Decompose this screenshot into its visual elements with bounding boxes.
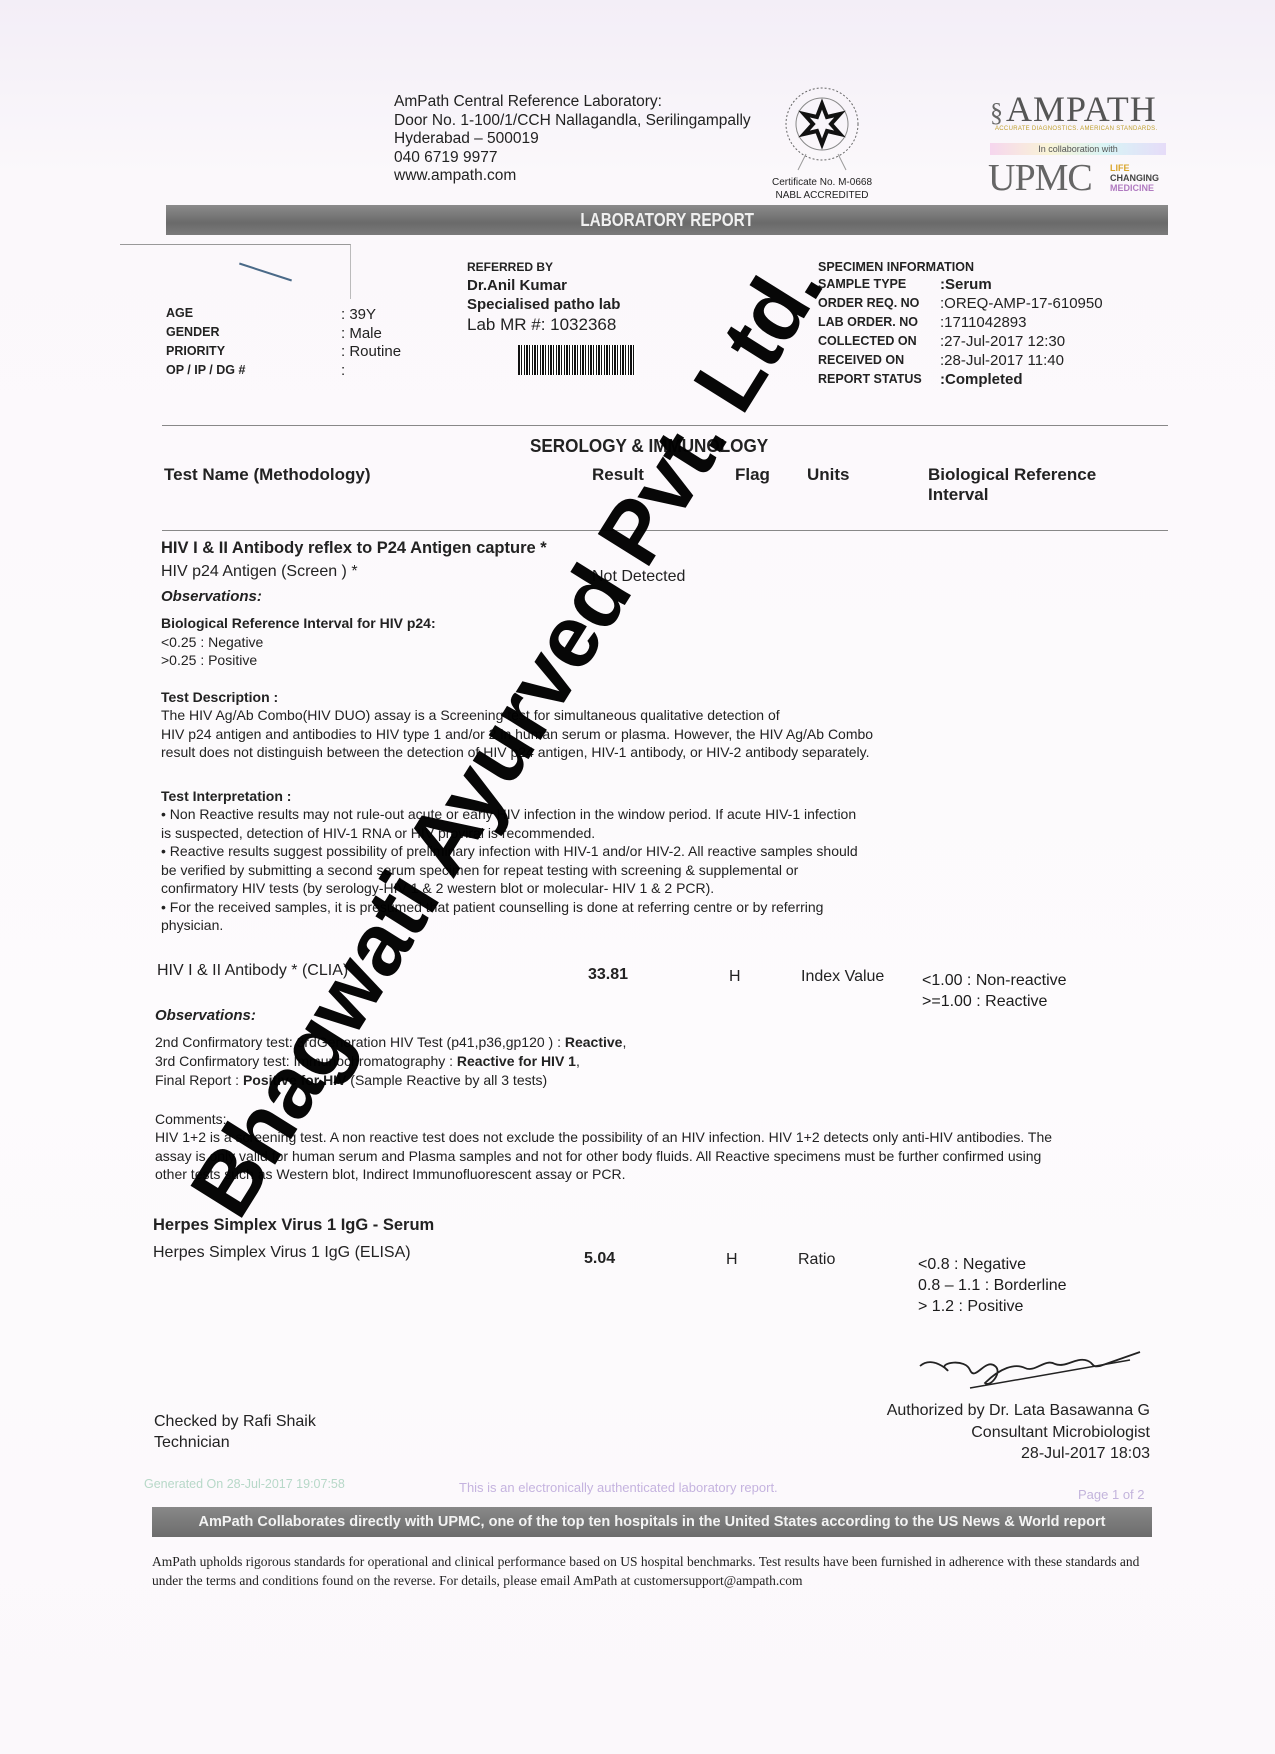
specimen-label: COLLECTED ON — [818, 332, 940, 351]
report-status-value: :Completed — [940, 370, 1103, 389]
reference-item: <0.8 : Negative — [918, 1254, 1067, 1275]
test-description-title: Test Description : — [161, 688, 278, 706]
specimen-value: :OREQ-AMP-17-610950 — [940, 294, 1103, 313]
specimen-info: SPECIMEN INFORMATION SAMPLE TYPE:Serum O… — [818, 260, 1103, 389]
age-label: AGE — [166, 304, 245, 323]
age-value: : 39Y — [341, 306, 401, 325]
specimen-heading: SPECIMEN INFORMATION — [818, 260, 1103, 274]
lab-website: www.ampath.com — [394, 167, 751, 186]
confirmatory-outcome: Reactive — [565, 1034, 623, 1050]
referral-info: REFERRED BY Dr.Anil Kumar Specialised pa… — [467, 260, 620, 335]
specimen-value: :1711042893 — [940, 313, 1103, 332]
specimen-row: SAMPLE TYPE:Serum — [818, 275, 1103, 294]
interpretation-line: confirmatory HIV tests (by serology-HIV … — [161, 879, 858, 898]
final-report-line: Final Report : Positive for HIV (Sample … — [155, 1071, 626, 1090]
patient-field-values: : 39Y : Male : Routine : — [341, 306, 401, 380]
referring-lab: Specialised patho lab — [467, 296, 620, 313]
checked-by: Checked by Rafi Shaik Technician — [154, 1411, 316, 1453]
hiv-antibody-flag: H — [729, 968, 741, 986]
footer-disclaimer: AmPath upholds rigorous standards for op… — [152, 1552, 1162, 1590]
reference-item: 0.8 – 1.1 : Borderline — [918, 1275, 1067, 1296]
nabl-certificate: Certificate No. M-0668 NABL ACCREDITED — [762, 176, 882, 202]
confirmatory-outcome: Reactive for HIV 1 — [457, 1053, 576, 1069]
interpretation-line: • Reactive results suggest possibility o… — [161, 842, 858, 861]
specimen-value: :28-Jul-2017 11:40 — [940, 351, 1103, 370]
observations-label: Observations: — [155, 1007, 256, 1024]
authorized-by: Authorized by Dr. Lata Basawanna G Consu… — [820, 1400, 1150, 1465]
certificate-number: Certificate No. M-0668 — [762, 176, 882, 189]
confirmatory-results: 2nd Confirmatory test: 3rdGeneration HIV… — [155, 1033, 626, 1090]
specimen-row: REPORT STATUS:Completed — [818, 370, 1103, 389]
specimen-value: :27-Jul-2017 12:30 — [940, 332, 1103, 351]
interpretation-line: • For the received samples, it is presum… — [161, 898, 858, 917]
dna-icon: § — [990, 98, 1004, 127]
page-number: Page 1 of 2 — [1078, 1487, 1145, 1502]
checked-by-name: Checked by Rafi Shaik — [154, 1411, 316, 1432]
address-line: AmPath Central Reference Laboratory: — [394, 93, 751, 112]
specimen-label: REPORT STATUS — [818, 370, 940, 389]
confirmatory-line: 2nd Confirmatory test: 3rdGeneration HIV… — [155, 1033, 626, 1052]
upmc-tagline-line: LIFE — [1110, 163, 1159, 173]
ampath-tagline: ACCURATE DIAGNOSTICS. AMERICAN STANDARDS… — [995, 126, 1157, 132]
specimen-row: COLLECTED ON:27-Jul-2017 12:30 — [818, 332, 1103, 351]
upmc-logo: UPMC — [988, 156, 1092, 200]
specimen-label: RECEIVED ON — [818, 351, 940, 370]
hsv-flag: H — [726, 1251, 738, 1269]
lab-mr-number: Lab MR #: 1032368 — [467, 315, 620, 335]
priority-value: : Routine — [341, 343, 401, 362]
hsv-panel-title: Herpes Simplex Virus 1 IgG - Serum — [153, 1216, 434, 1235]
gender-value: : Male — [341, 325, 401, 344]
priority-label: PRIORITY — [166, 342, 245, 361]
ampath-logo-text: AMPATH — [1006, 89, 1157, 129]
report-title: LABORATORY REPORT — [580, 205, 754, 235]
authorized-by-role: Consultant Microbiologist — [820, 1422, 1150, 1444]
confirmatory-line: 3rd Confirmatory test: Immunochromatogra… — [155, 1052, 626, 1071]
hsv-test-name: Herpes Simplex Virus 1 IgG (ELISA) — [153, 1244, 411, 1262]
authorized-by-name: Authorized by Dr. Lata Basawanna G — [820, 1400, 1150, 1422]
column-header-flag: Flag — [735, 465, 770, 485]
hsv-units: Ratio — [798, 1251, 835, 1269]
upmc-tagline-line: CHANGING — [1110, 173, 1159, 183]
p24-reference-item: <0.25 : Negative — [161, 633, 263, 651]
address-line: Hyderabad – 500019 — [394, 130, 751, 149]
collaboration-label: In collaboration with — [990, 143, 1166, 155]
patient-field-labels: AGE GENDER PRIORITY OP / IP / DG # — [166, 304, 245, 380]
signature-icon — [915, 1338, 1145, 1393]
generated-timestamp: Generated On 28-Jul-2017 19:07:58 — [144, 1477, 345, 1491]
hiv-antibody-reference: <1.00 : Non-reactive >=1.00 : Reactive — [922, 970, 1067, 1012]
column-header-test: Test Name (Methodology) — [164, 465, 371, 485]
reference-item: > 1.2 : Positive — [918, 1296, 1067, 1317]
op-ip-dg-label: OP / IP / DG # — [166, 361, 245, 380]
reference-item: >=1.00 : Reactive — [922, 991, 1067, 1012]
column-header-reference: Biological Reference Interval — [928, 465, 1118, 505]
checked-by-role: Technician — [154, 1432, 316, 1453]
accreditation-label: NABL ACCREDITED — [762, 189, 882, 202]
interpretation-line: be verified by submitting a second serum… — [161, 861, 858, 880]
confirmatory-suffix: , — [622, 1034, 626, 1050]
observations-label: Observations: — [161, 588, 262, 605]
barcode — [518, 345, 636, 375]
lab-phone: 040 6719 9977 — [394, 149, 751, 168]
specimen-row: RECEIVED ON:28-Jul-2017 11:40 — [818, 351, 1103, 370]
report-title-banner: LABORATORY REPORT — [166, 205, 1168, 235]
hiv-panel-title: HIV I & II Antibody reflex to P24 Antige… — [161, 539, 547, 558]
footer-banner: AmPath Collaborates directly with UPMC, … — [152, 1507, 1152, 1537]
column-header-units: Units — [807, 465, 850, 485]
nabl-seal-icon — [778, 84, 866, 172]
upmc-tagline-line: MEDICINE — [1110, 183, 1159, 193]
authentication-note: This is an electronically authenticated … — [459, 1480, 778, 1495]
ampath-logo: §AMPATH — [990, 88, 1157, 130]
interpretation-line: physician. — [161, 916, 858, 935]
reference-item: <1.00 : Non-reactive — [922, 970, 1067, 991]
hsv-result: 5.04 — [584, 1250, 615, 1268]
lab-address: AmPath Central Reference Laboratory: Doo… — [394, 93, 751, 186]
referred-by-label: REFERRED BY — [467, 260, 620, 274]
gender-label: GENDER — [166, 323, 245, 342]
final-report-suffix: (Sample Reactive by all 3 tests) — [346, 1072, 547, 1088]
test-interpretation-title: Test Interpretation : — [161, 787, 291, 805]
op-ip-dg-value: : — [341, 362, 401, 381]
authorized-time: 28-Jul-2017 18:03 — [820, 1443, 1150, 1465]
specimen-table: SAMPLE TYPE:Serum ORDER REQ. NO:OREQ-AMP… — [818, 275, 1103, 389]
specimen-row: ORDER REQ. NO:OREQ-AMP-17-610950 — [818, 294, 1103, 313]
specimen-row: LAB ORDER. NO:1711042893 — [818, 313, 1103, 332]
p24-reference-title: Biological Reference Interval for HIV p2… — [161, 614, 436, 632]
p24-reference-list: <0.25 : Negative >0.25 : Positive — [161, 633, 263, 669]
hiv-antibody-units: Index Value — [801, 968, 884, 986]
specimen-value: :Serum — [940, 275, 1103, 294]
p24-test-name: HIV p24 Antigen (Screen ) * — [161, 563, 358, 581]
address-line: Door No. 1-100/1/CCH Nallagandla, Serili… — [394, 112, 751, 131]
hsv-reference: <0.8 : Negative 0.8 – 1.1 : Borderline >… — [918, 1254, 1067, 1317]
upmc-tagline: LIFE CHANGING MEDICINE — [1110, 163, 1159, 193]
referring-doctor: Dr.Anil Kumar — [467, 277, 620, 294]
confirmatory-suffix: , — [576, 1053, 580, 1069]
specimen-label: LAB ORDER. NO — [818, 313, 940, 332]
p24-reference-item: >0.25 : Positive — [161, 651, 263, 669]
hiv-antibody-result: 33.81 — [588, 966, 628, 984]
patient-name-box — [120, 244, 351, 299]
